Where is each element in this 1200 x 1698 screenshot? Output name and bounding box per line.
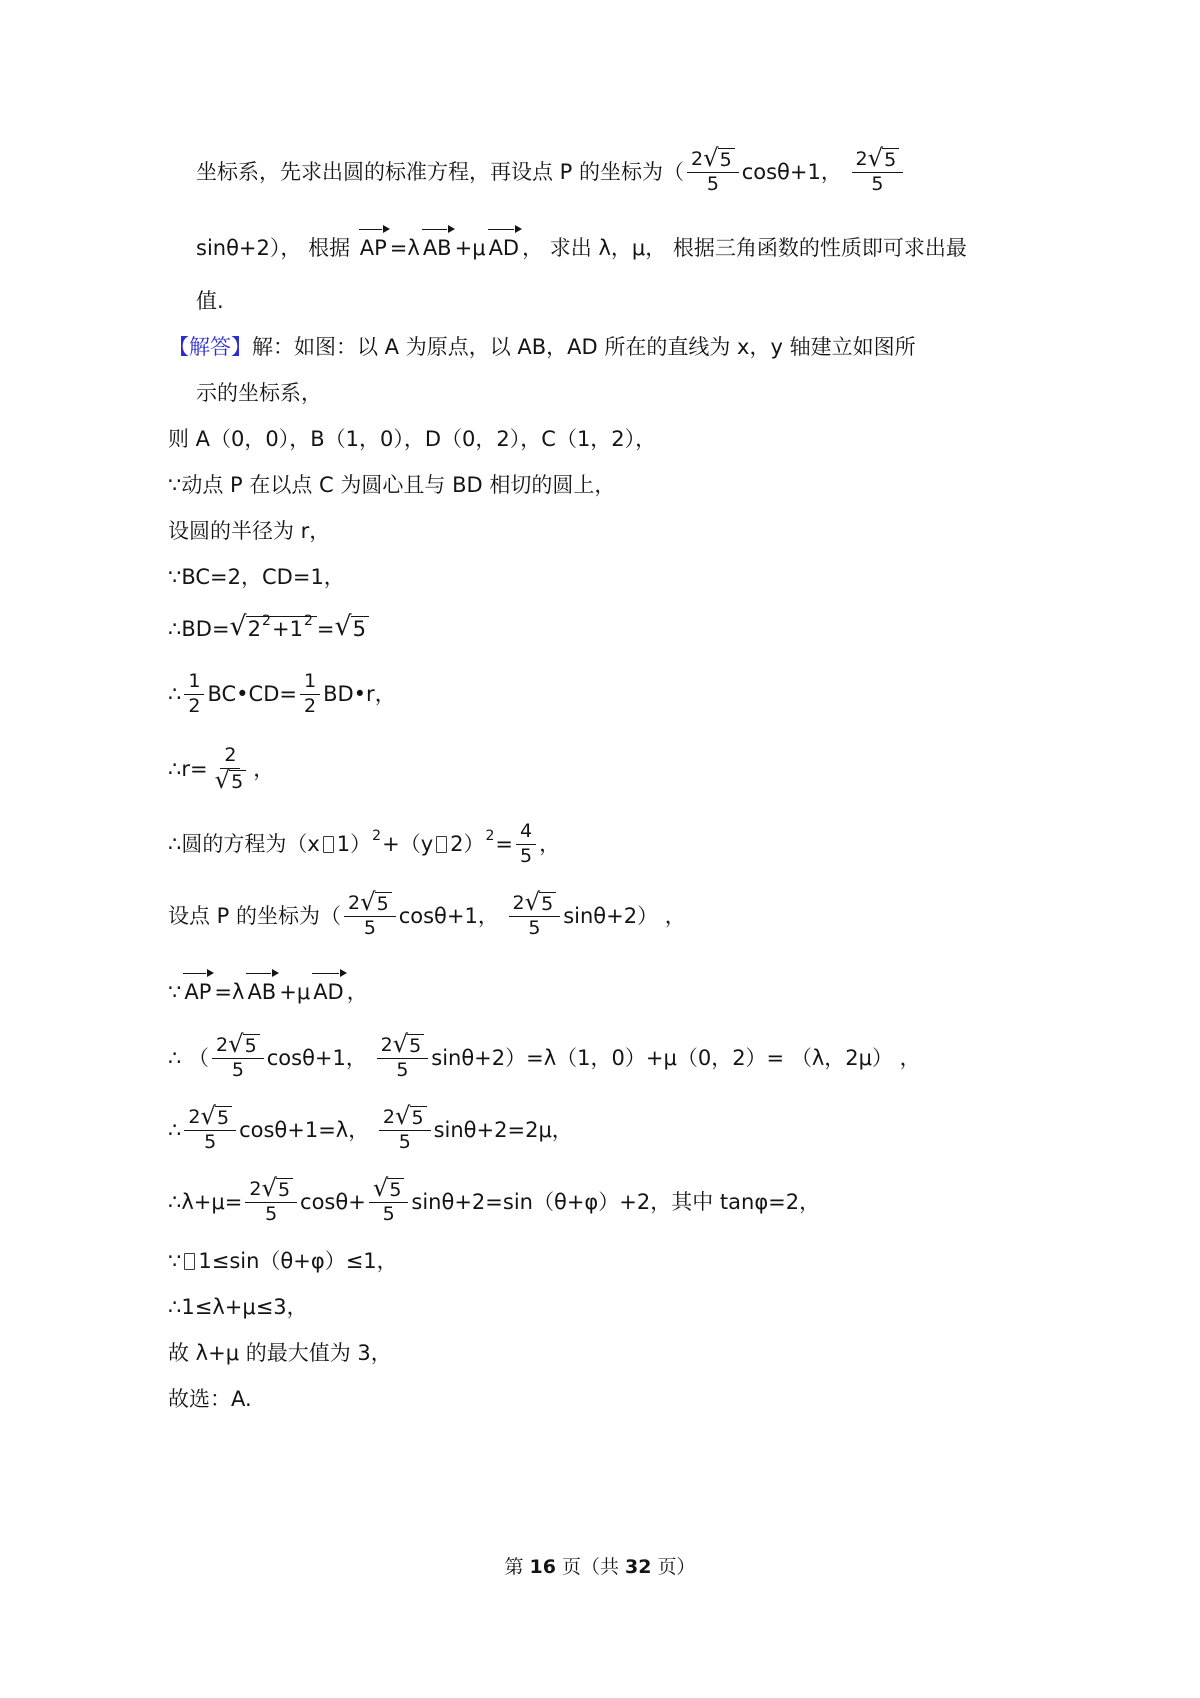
radical-sign: √ [360,892,376,912]
max-value-line: 故 λ+μ 的最大值为 3， [168,1330,1060,1376]
radical-sign: √ [200,1106,216,1126]
text-run: 2） [450,830,484,858]
text-run: ∴r= [168,755,208,783]
text-run: 2 [348,893,360,915]
text-run: 4 [520,821,532,843]
fraction-denominator: 5 [524,917,544,940]
missing-glyph-box [323,836,334,853]
solution-content: 坐标系，先求出圆的标准方程，再设点 P 的坐标为（2√55cosθ+1， 2√5… [168,136,1060,1422]
fraction-numerator: 4 [516,821,536,845]
text-run: sinθ+2） ， [563,902,686,930]
math-fraction: 2√55 [509,892,561,940]
fraction-denominator: 5 [228,1059,248,1082]
text-run: cosθ+1， [267,1044,374,1072]
radicand: 22+12 [246,616,317,641]
fraction-denominator: 5 [261,1203,281,1226]
lambda-mu-bounds-line: ∴1≤λ+μ≤3， [168,1284,1060,1330]
math-sqrt: √5 [261,1178,293,1201]
radicand: 5 [375,892,392,915]
text-run: ∴1≤λ+μ≤3， [168,1293,308,1321]
text-run: 5 [412,1108,424,1129]
math-sqrt: √5 [334,616,369,641]
footer-text: 页（共 [556,1556,625,1578]
text-run: 2 [383,1107,395,1129]
fraction-denominator: 2 [184,695,204,718]
text-run: ∵ [168,978,181,1006]
text-run: cosθ+1=λ， [239,1116,376,1144]
vector-relation-line: ∵AP=λAB+μAD， [168,952,1060,1022]
radius-line: 设圆的半径为 r， [168,508,1060,554]
radical-sign: √ [393,1034,409,1054]
footer-total-pages: 32 [625,1556,651,1578]
text-run: 坐标系，先求出圆的标准方程，再设点 P 的坐标为（ [196,158,684,186]
text-run: 5 [278,1180,290,1201]
footer-page-number: 16 [530,1556,556,1578]
text-run: ∴BD= [168,615,230,643]
circle-equation-line: ∴圆的方程为（x1）2+（y2）2=45， [168,808,1060,880]
text-run: 5 [383,1204,395,1226]
text-run: 5 [231,772,243,793]
area-equation-line: ∴12BC•CD=12BD•r， [168,658,1060,730]
math-fraction: 2√55 [379,1106,431,1154]
text-run: ， [253,755,274,783]
text-run: 5 [353,618,366,641]
fraction-numerator: 2√5 [245,1178,297,1203]
footer-text: 页） [652,1556,696,1578]
text-run: 2 [249,1179,261,1201]
radical-sign: √ [261,1178,277,1198]
math-sqrt: √5 [703,148,735,171]
math-superscript: 2 [262,614,271,629]
bd-line: ∴BD=√22+12=√5 [168,600,1060,658]
text-run: +（y [382,830,433,858]
missing-glyph-box [436,836,447,853]
text-run: 5 [884,150,896,171]
radical-sign: √ [228,1034,244,1054]
fraction-numerator: 2√5 [184,1106,236,1131]
text-run: ∴圆的方程为（x [168,830,320,858]
text-run: ∵ [168,1247,181,1275]
final-answer-line: 故选：A. [168,1376,1060,1422]
answer-intro-line1: 【解答】解：如图：以 A 为原点，以 AB，AD 所在的直线为 x，y 轴建立如… [168,324,1060,370]
text-run: 2 [188,1107,200,1129]
text-run: ， [539,830,560,858]
fraction-denominator: 5 [200,1131,220,1154]
text-run: cosθ+1， [742,158,849,186]
text-run: 5 [541,894,553,915]
radicand: 5 [407,1034,424,1057]
math-superscript: 2 [304,614,313,629]
vector-AD: AD [313,980,344,1004]
text-run: ， 求出 λ，μ， 根据三角函数的性质即可求出最 [522,234,967,262]
text-run: 2 [513,893,525,915]
vector-AB: AB [247,980,276,1004]
text-run: +μ [279,978,310,1006]
text-run: cosθ+ [300,1188,366,1216]
text-run: 5 [389,1180,401,1201]
vector-AP: AP [184,980,211,1004]
text-run: 1 [188,671,200,693]
fraction-numerator: √5 [369,1178,409,1203]
text-run: 示的坐标系， [196,379,322,407]
text-run: cosθ+1， [399,902,506,930]
page-footer: 第 16 页（共 32 页） [0,1552,1200,1579]
coords-line: 则 A（0，0），B（1，0），D（0，2），C（1，2）， [168,416,1060,462]
fraction-denominator: 5 [703,173,723,196]
math-sqrt: √5 [393,1034,425,1057]
text-run: 5 [528,918,540,940]
math-sqrt: √5 [215,770,247,793]
radicand: 5 [276,1178,293,1201]
text-run: ∵BC=2，CD=1， [168,563,345,591]
math-sqrt: √22+12 [230,616,317,641]
text-run: 5 [720,150,732,171]
radicand: 5 [882,148,899,171]
text-run: 5 [399,1132,411,1154]
point-p-coords-line: 设点 P 的坐标为（2√55cosθ+1， 2√55sinθ+2） ， [168,880,1060,952]
text-run: ∴ [168,1116,181,1144]
radicand: 5 [718,148,735,171]
text-run: ∴ （ [168,1044,209,1072]
math-sqrt: √5 [868,148,900,171]
because-point-p-line: ∵动点 P 在以点 C 为圆心且与 BD 相切的圆上， [168,462,1060,508]
fraction-numerator: 2√5 [852,148,904,173]
text-run: sinθ+2）=λ（1，0）+μ（0，2）= （λ，2μ） ， [431,1044,920,1072]
text-run: 1≤sin（θ+φ）≤1， [198,1247,397,1275]
para1-line1: 坐标系，先求出圆的标准方程，再设点 P 的坐标为（2√55cosθ+1， 2√5… [168,136,1060,208]
text-run: 5 [232,1060,244,1082]
radical-sign: √ [215,770,231,790]
fraction-numerator: 1 [184,671,204,695]
answer-intro-line2: 示的坐标系， [168,370,1060,416]
fraction-numerator: 2√5 [509,892,561,917]
math-fraction: 2√55 [377,1034,429,1082]
fraction-denominator: √5 [211,769,251,793]
sin-bounds-line: ∵1≤sin（θ+φ）≤1， [168,1238,1060,1284]
math-fraction: 2√55 [245,1178,297,1226]
math-fraction: √55 [369,1178,409,1226]
text-run: 故 λ+μ 的最大值为 3， [168,1339,392,1367]
text-run: 故选：A. [168,1385,252,1413]
missing-glyph-box [184,1253,195,1270]
text-run: 5 [396,1060,408,1082]
fraction-numerator: 2√5 [379,1106,431,1131]
text-run: ， [347,978,368,1006]
math-fraction: 2√55 [212,1034,264,1082]
para1-line3: 值. [168,278,1060,324]
fraction-denominator: 5 [360,917,380,940]
fraction-numerator: 1 [300,671,320,695]
radical-sign: √ [230,616,247,638]
radical-sign: √ [868,148,884,168]
text-run: 2 [856,149,868,171]
math-fraction: 2√55 [184,1106,236,1154]
text-run: BD•r， [323,680,396,708]
text-run: ∴λ+μ= [168,1188,242,1216]
math-fraction: 12 [300,671,320,718]
radicand: 5 [387,1178,404,1201]
vector-expansion-line: ∴ （2√55cosθ+1， 2√55sinθ+2）=λ（1，0）+μ（0，2）… [168,1022,1060,1094]
text-run: 5 [871,174,883,196]
fraction-denominator: 5 [379,1203,399,1226]
text-run: 1） [337,830,371,858]
radicand: 5 [351,616,369,641]
radical-sign: √ [525,892,541,912]
text-run: 2 [691,149,703,171]
text-run: +1 [272,618,303,641]
lambda-plus-mu-line: ∴λ+μ=2√55cosθ+√55sinθ+2=sin（θ+φ）+2，其中 ta… [168,1166,1060,1238]
text-run: ∴ [168,680,181,708]
fraction-numerator: 2√5 [344,892,396,917]
text-run: 5 [217,1108,229,1129]
math-superscript: 2 [486,827,495,846]
text-run: 1 [304,671,316,693]
radicand: 5 [215,1106,232,1129]
fraction-numerator: 2√5 [377,1034,429,1059]
text-run: 5 [204,1132,216,1154]
vector-AP: AP [360,236,387,260]
text-run: 5 [520,846,532,868]
radical-sign: √ [373,1178,389,1198]
text-run: = [317,615,335,643]
text-run: 5 [707,174,719,196]
text-run: 设圆的半径为 r， [168,517,330,545]
radicand: 5 [410,1106,427,1129]
fraction-denominator: 5 [392,1059,412,1082]
text-run: 设点 P 的坐标为（ [168,902,341,930]
radical-sign: √ [334,616,351,638]
text-run: 5 [409,1036,421,1057]
text-run: = [495,830,513,858]
text-run: sinθ+2）， 根据 [196,234,357,262]
radicand: 5 [229,770,246,793]
text-run: 解：如图：以 A 为原点，以 AB，AD 所在的直线为 x，y 轴建立如图所 [252,333,916,361]
answer-label: 【解答】 [168,333,252,361]
para1-line2: sinθ+2）， 根据 AP=λAB+μAD， 求出 λ，μ， 根据三角函数的性… [168,208,1060,278]
text-run: 2 [304,696,316,718]
math-fraction: 2√5 [211,745,251,793]
document-page: 坐标系，先求出圆的标准方程，再设点 P 的坐标为（2√55cosθ+1， 2√5… [0,0,1200,1698]
text-run: 则 A（0，0），B（1，0），D（0，2），C（1，2）， [168,425,656,453]
math-fraction: 2√55 [344,892,396,940]
math-sqrt: √5 [360,892,392,915]
text-run: BC•CD= [207,680,297,708]
fraction-denominator: 5 [516,845,536,868]
math-fraction: 2√55 [852,148,904,196]
math-superscript: 2 [372,827,381,846]
text-run: +μ [455,234,486,262]
math-sqrt: √5 [525,892,557,915]
math-sqrt: √5 [200,1106,232,1129]
fraction-denominator: 5 [867,173,887,196]
vector-AD: AD [489,236,520,260]
text-run: sinθ+2=sin（θ+φ）+2，其中 tanφ=2， [411,1188,820,1216]
math-fraction: 12 [184,671,204,718]
fraction-denominator: 2 [300,695,320,718]
fraction-denominator: 5 [395,1131,415,1154]
footer-text: 第 [504,1556,529,1578]
math-fraction: 45 [516,821,536,868]
text-run: =λ [214,978,244,1006]
vector-AB: AB [423,236,452,260]
text-run: 2 [248,618,261,641]
bc-cd-line: ∵BC=2，CD=1， [168,554,1060,600]
math-sqrt: √5 [228,1034,260,1057]
text-run: sinθ+2=2μ， [434,1116,573,1144]
text-run: 5 [245,1036,257,1057]
text-run: 2 [188,696,200,718]
text-run: ∵动点 P 在以点 C 为圆心且与 BD 相切的圆上， [168,471,615,499]
text-run: 2 [216,1035,228,1057]
radical-sign: √ [703,148,719,168]
math-sqrt: √5 [395,1106,427,1129]
text-run: =λ [390,234,420,262]
text-run: 2 [224,745,236,767]
fraction-numerator: 2√5 [212,1034,264,1059]
text-run: 2 [381,1035,393,1057]
radicand: 5 [539,892,556,915]
radical-sign: √ [395,1106,411,1126]
r-value-line: ∴r=2√5， [168,730,1060,808]
text-run: 5 [364,918,376,940]
math-sqrt: √5 [373,1178,405,1201]
lambda-mu-equations-line: ∴2√55cosθ+1=λ， 2√55sinθ+2=2μ， [168,1094,1060,1166]
math-fraction: 2√55 [687,148,739,196]
text-run: 5 [377,894,389,915]
fraction-numerator: 2√5 [687,148,739,173]
text-run: 值. [196,287,224,315]
text-run: 5 [265,1204,277,1226]
radicand: 5 [243,1034,260,1057]
